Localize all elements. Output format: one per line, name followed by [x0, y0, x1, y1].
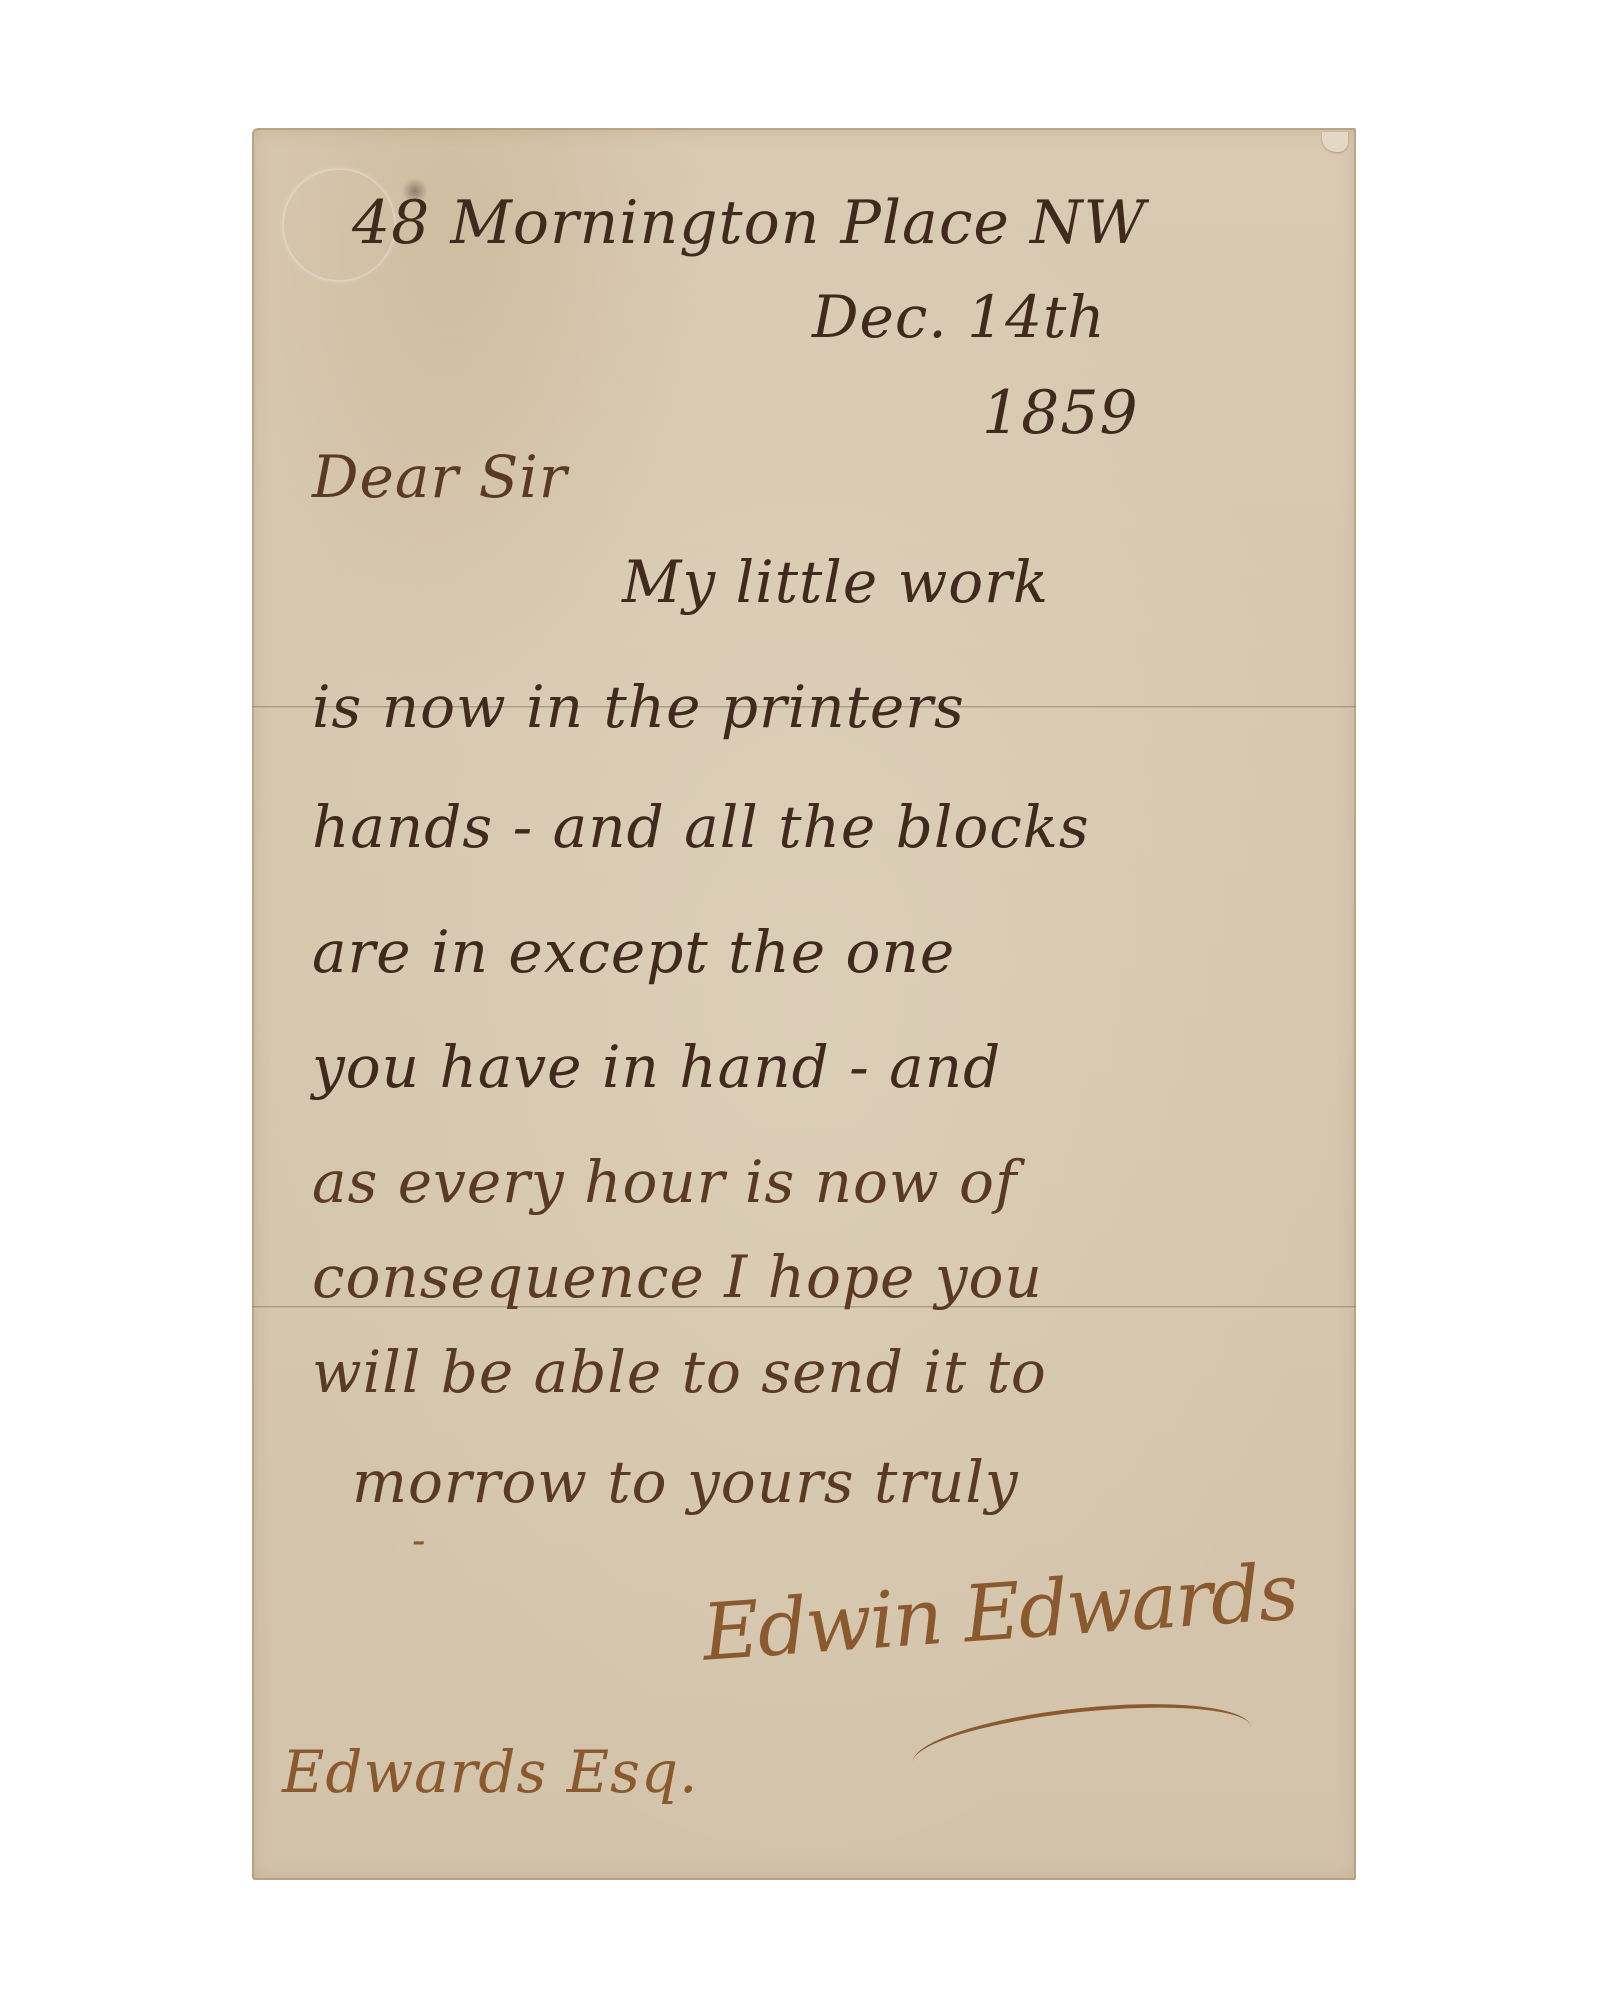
recipient-name: Edwards Esq.: [282, 1738, 698, 1806]
body-line-1: My little work: [622, 548, 1049, 616]
signature-flourish: [909, 1690, 1255, 1799]
handwritten-letter: 48 Mornington Place NW Dec. 14th 1859 De…: [252, 128, 1356, 1880]
folded-corner: [1322, 132, 1348, 152]
closing-dash: -: [412, 1518, 427, 1564]
letter-year: 1859: [982, 378, 1139, 448]
sender-address: 48 Mornington Place NW: [352, 188, 1146, 258]
salutation: Dear Sir: [312, 443, 568, 511]
body-line-6: as every hour is now of: [312, 1148, 1017, 1216]
body-line-7: consequence I hope you: [312, 1243, 1043, 1311]
body-line-4: are in except the one: [312, 918, 955, 986]
signature: Edwin Edwards: [700, 1547, 1300, 1678]
body-line-9: morrow to yours truly: [352, 1448, 1019, 1516]
body-line-2: is now in the printers: [312, 673, 965, 741]
body-line-8: will be able to send it to: [312, 1338, 1047, 1406]
letter-date: Dec. 14th: [812, 283, 1106, 351]
body-line-5: you have in hand - and: [312, 1033, 1001, 1101]
body-line-3: hands - and all the blocks: [312, 793, 1090, 861]
